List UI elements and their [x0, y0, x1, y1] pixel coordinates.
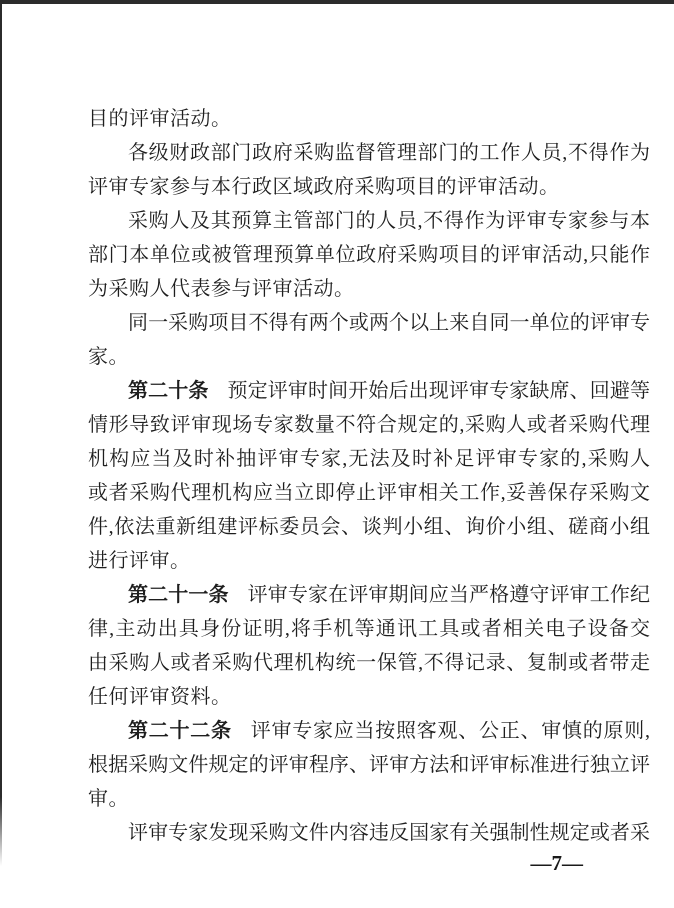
line-text: 情形导致评审现场专家数量不符合规定的,采购人或者采购代理	[88, 414, 650, 436]
article-line: 第二十条预定评审时间开始后出现评审专家缺席、回避等	[88, 374, 650, 408]
line-text: 部门本单位或被管理预算单位政府采购项目的评审活动,只能作	[88, 244, 650, 266]
text-line: 任何评审资料。	[88, 680, 650, 714]
text-line: 家。	[88, 340, 650, 374]
text-line: 进行评审。	[88, 544, 650, 578]
article-line: 第二十一条评审专家在评审期间应当严格遵守评审工作纪	[88, 578, 650, 612]
document-page: 目的评审活动。各级财政部门政府采购监督管理部门的工作人员,不得作为评审专家参与本…	[0, 0, 674, 908]
article-number-heading: 第二十一条	[128, 584, 229, 606]
line-text: 由采购人或者采购代理机构统一保管,不得记录、复制或者带走	[88, 652, 650, 674]
line-text: 律,主动出具身份证明,将手机等通讯工具或者相关电子设备交	[88, 618, 650, 640]
line-text: 进行评审。	[88, 550, 191, 572]
line-text: 评审专家应当按照客观、公正、审慎的原则,	[251, 720, 650, 742]
document-body: 目的评审活动。各级财政部门政府采购监督管理部门的工作人员,不得作为评审专家参与本…	[88, 102, 650, 850]
line-text: 目的评审活动。	[88, 108, 232, 130]
text-line: 部门本单位或被管理预算单位政府采购项目的评审活动,只能作	[88, 238, 650, 272]
line-text: 件,依法重新组建评标委员会、谈判小组、询价小组、磋商小组	[88, 516, 650, 538]
text-line: 情形导致评审现场专家数量不符合规定的,采购人或者采购代理	[88, 408, 650, 442]
article-number-heading: 第二十条	[128, 380, 209, 402]
line-text: 采购人及其预算主管部门的人员,不得作为评审专家参与本	[128, 210, 650, 232]
text-line: 律,主动出具身份证明,将手机等通讯工具或者相关电子设备交	[88, 612, 650, 646]
line-text: 预定评审时间开始后出现评审专家缺席、回避等	[228, 380, 651, 402]
text-line: 件,依法重新组建评标委员会、谈判小组、询价小组、磋商小组	[88, 510, 650, 544]
text-line: 为采购人代表参与评审活动。	[88, 272, 650, 306]
scan-border-top	[0, 0, 674, 4]
article-line: 第二十二条评审专家应当按照客观、公正、审慎的原则,	[88, 714, 650, 748]
line-text: 为采购人代表参与评审活动。	[88, 278, 355, 300]
line-text: 或者采购代理机构应当立即停止评审相关工作,妥善保存采购文	[88, 482, 650, 504]
text-line: 审。	[88, 782, 650, 816]
line-text: 根据采购文件规定的评审程序、评审方法和评审标准进行独立评	[88, 754, 650, 776]
text-line: 由采购人或者采购代理机构统一保管,不得记录、复制或者带走	[88, 646, 650, 680]
line-text: 评审专家参与本行政区域政府采购项目的评审活动。	[88, 176, 560, 198]
line-text: 家。	[88, 346, 129, 368]
line-text: 评审专家发现采购文件内容违反国家有关强制性规定或者采	[128, 822, 650, 844]
text-line: 机构应当及时补抽评审专家,无法及时补足评审专家的,采购人	[88, 442, 650, 476]
text-line: 各级财政部门政府采购监督管理部门的工作人员,不得作为	[88, 136, 650, 170]
scan-border-left	[0, 0, 2, 866]
text-line: 同一采购项目不得有两个或两个以上来自同一单位的评审专	[88, 306, 650, 340]
page-number: —7—	[0, 851, 583, 876]
line-text: 各级财政部门政府采购监督管理部门的工作人员,不得作为	[128, 142, 650, 164]
text-line: 或者采购代理机构应当立即停止评审相关工作,妥善保存采购文	[88, 476, 650, 510]
line-text: 同一采购项目不得有两个或两个以上来自同一单位的评审专	[128, 312, 650, 334]
line-text: 机构应当及时补抽评审专家,无法及时补足评审专家的,采购人	[88, 448, 650, 470]
text-line: 评审专家发现采购文件内容违反国家有关强制性规定或者采	[88, 816, 650, 850]
line-text: 审。	[88, 788, 129, 810]
article-number-heading: 第二十二条	[128, 720, 232, 742]
line-text: 评审专家在评审期间应当严格遵守评审工作纪	[248, 584, 650, 606]
text-line: 评审专家参与本行政区域政府采购项目的评审活动。	[88, 170, 650, 204]
text-line: 目的评审活动。	[88, 102, 650, 136]
line-text: 任何评审资料。	[88, 686, 232, 708]
text-line: 采购人及其预算主管部门的人员,不得作为评审专家参与本	[88, 204, 650, 238]
text-line: 根据采购文件规定的评审程序、评审方法和评审标准进行独立评	[88, 748, 650, 782]
